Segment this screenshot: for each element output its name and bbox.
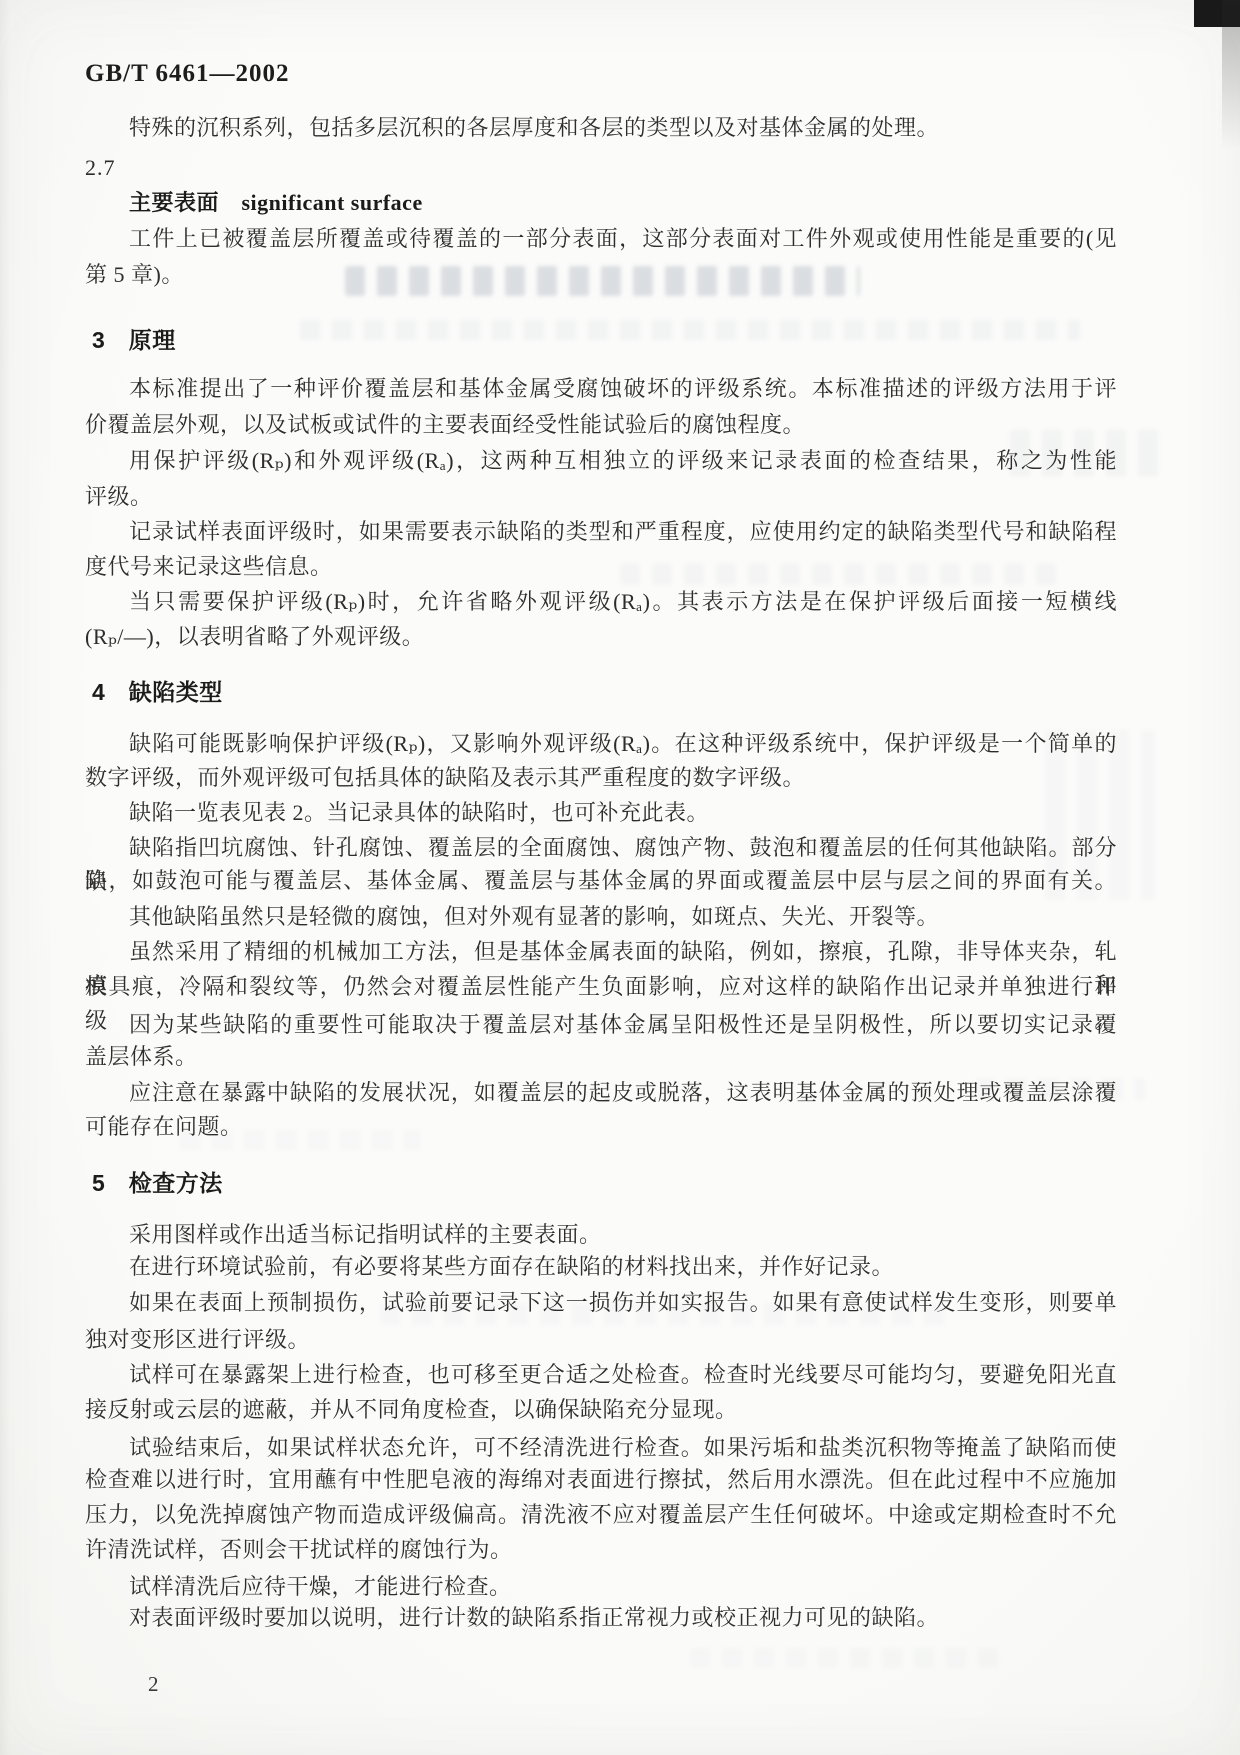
text-line: 检查难以进行时，宜用蘸有中性肥皂液的海绵对表面进行擦拭，然后用水漂洗。但在此过程… (85, 1463, 1117, 1497)
text-line: 第 5 章)。 (85, 258, 1117, 292)
text-line: 应注意在暴露中缺陷的发展状况，如覆盖层的起皮或脱落，这表明基体金属的预处理或覆盖… (85, 1076, 1117, 1110)
text-line: 当只需要保护评级(Rₚ)时，允许省略外观评级(Rₐ)。其表示方法是在保护评级后面… (85, 585, 1117, 619)
text-line: 独对变形区进行评级。 (85, 1323, 1117, 1357)
text-line: 记录试样表面评级时，如果需要表示缺陷的类型和严重程度，应使用约定的缺陷类型代号和… (85, 515, 1117, 549)
text-line: 陷，如鼓泡可能与覆盖层、基体金属、覆盖层与基体金属的界面或覆盖层中层与层之间的界… (85, 864, 1117, 898)
text-line: 数字评级，而外观评级可包括具体的缺陷及表示其严重程度的数字评级。 (85, 761, 1117, 795)
text-line: 因为某些缺陷的重要性可能取决于覆盖层对基体金属呈阳极性还是呈阴极性，所以要切实记… (85, 1008, 1117, 1042)
text-line: 缺陷可能既影响保护评级(Rₚ)，又影响外观评级(Rₐ)。在这种评级系统中，保护评… (85, 727, 1117, 761)
text-line: 盖层体系。 (85, 1040, 1117, 1074)
scan-edge-shadow-left (0, 0, 10, 1755)
text-line: 接反射或云层的遮蔽，并从不同角度检查，以确保缺陷充分显现。 (85, 1393, 1117, 1427)
text-line: 试验结束后，如果试样状态允许，可不经清洗进行检查。如果污垢和盐类沉积物等掩盖了缺… (85, 1431, 1117, 1465)
text-line: 2.7 (85, 151, 1117, 185)
scan-edge-shadow (1222, 0, 1240, 150)
text-line: 对表面评级时要加以说明，进行计数的缺陷系指正常视力或校正视力可见的缺陷。 (85, 1601, 1117, 1635)
text-line: 可能存在问题。 (85, 1110, 1117, 1144)
text-line: 特殊的沉积系列，包括多层沉积的各层厚度和各层的类型以及对基体金属的处理。 (85, 111, 1117, 145)
text-line: 价覆盖层外观，以及试板或试件的主要表面经受性能试验后的腐蚀程度。 (85, 408, 1117, 442)
section-heading: 5 检查方法 (92, 1166, 1124, 1200)
text-line: 工件上已被覆盖层所覆盖或待覆盖的一部分表面，这部分表面对工件外观或使用性能是重要… (85, 222, 1117, 256)
text-line: 评级。 (85, 480, 1117, 514)
text-line: 如果在表面上预制损伤，试验前要记录下这一损伤并如实报告。如果有意使试样发生变形，… (85, 1286, 1117, 1320)
text-line: 主要表面 significant surface (85, 186, 1117, 220)
text-line: 用保护评级(Rₚ)和外观评级(Rₐ)，这两种互相独立的评级来记录表面的检查结果，… (85, 444, 1117, 478)
text-line: 其他缺陷虽然只是轻微的腐蚀，但对外观有显著的影响，如斑点、失光、开裂等。 (85, 900, 1117, 934)
text-line: 试样清洗后应待干燥，才能进行检查。 (85, 1570, 1117, 1604)
section-heading: 3 原理 (92, 323, 1124, 357)
page-number: 2 (148, 1672, 159, 1697)
text-line: 缺陷一览表见表 2。当记录具体的缺陷时，也可补充此表。 (85, 796, 1117, 830)
text-line: 许清洗试样，否则会干扰试样的腐蚀行为。 (85, 1533, 1117, 1567)
section-heading: 4 缺陷类型 (92, 675, 1124, 709)
text-line: 压力，以免洗掉腐蚀产物而造成评级偏高。清洗液不应对覆盖层产生任何破坏。中途或定期… (85, 1498, 1117, 1532)
document-code: GB/T 6461—2002 (85, 60, 290, 88)
text-line: 在进行环境试验前，有必要将某些方面存在缺陷的材料找出来，并作好记录。 (85, 1250, 1117, 1284)
text-line: 试样可在暴露架上进行检查，也可移至更合适之处检查。检查时光线要尽可能均匀，要避免… (85, 1358, 1117, 1392)
text-line: 本标准提出了一种评价覆盖层和基体金属受腐蚀破坏的评级系统。本标准描述的评级方法用… (85, 372, 1117, 406)
text-line: 采用图样或作出适当标记指明试样的主要表面。 (85, 1218, 1117, 1252)
text-line: (Rₚ/—)，以表明省略了外观评级。 (85, 620, 1117, 654)
bleedthrough-smudge (690, 1648, 1010, 1668)
document-page: GB/T 6461—2002 特殊的沉积系列，包括多层沉积的各层厚度和各层的类型… (0, 0, 1240, 1755)
text-line: 度代号来记录这些信息。 (85, 550, 1117, 584)
